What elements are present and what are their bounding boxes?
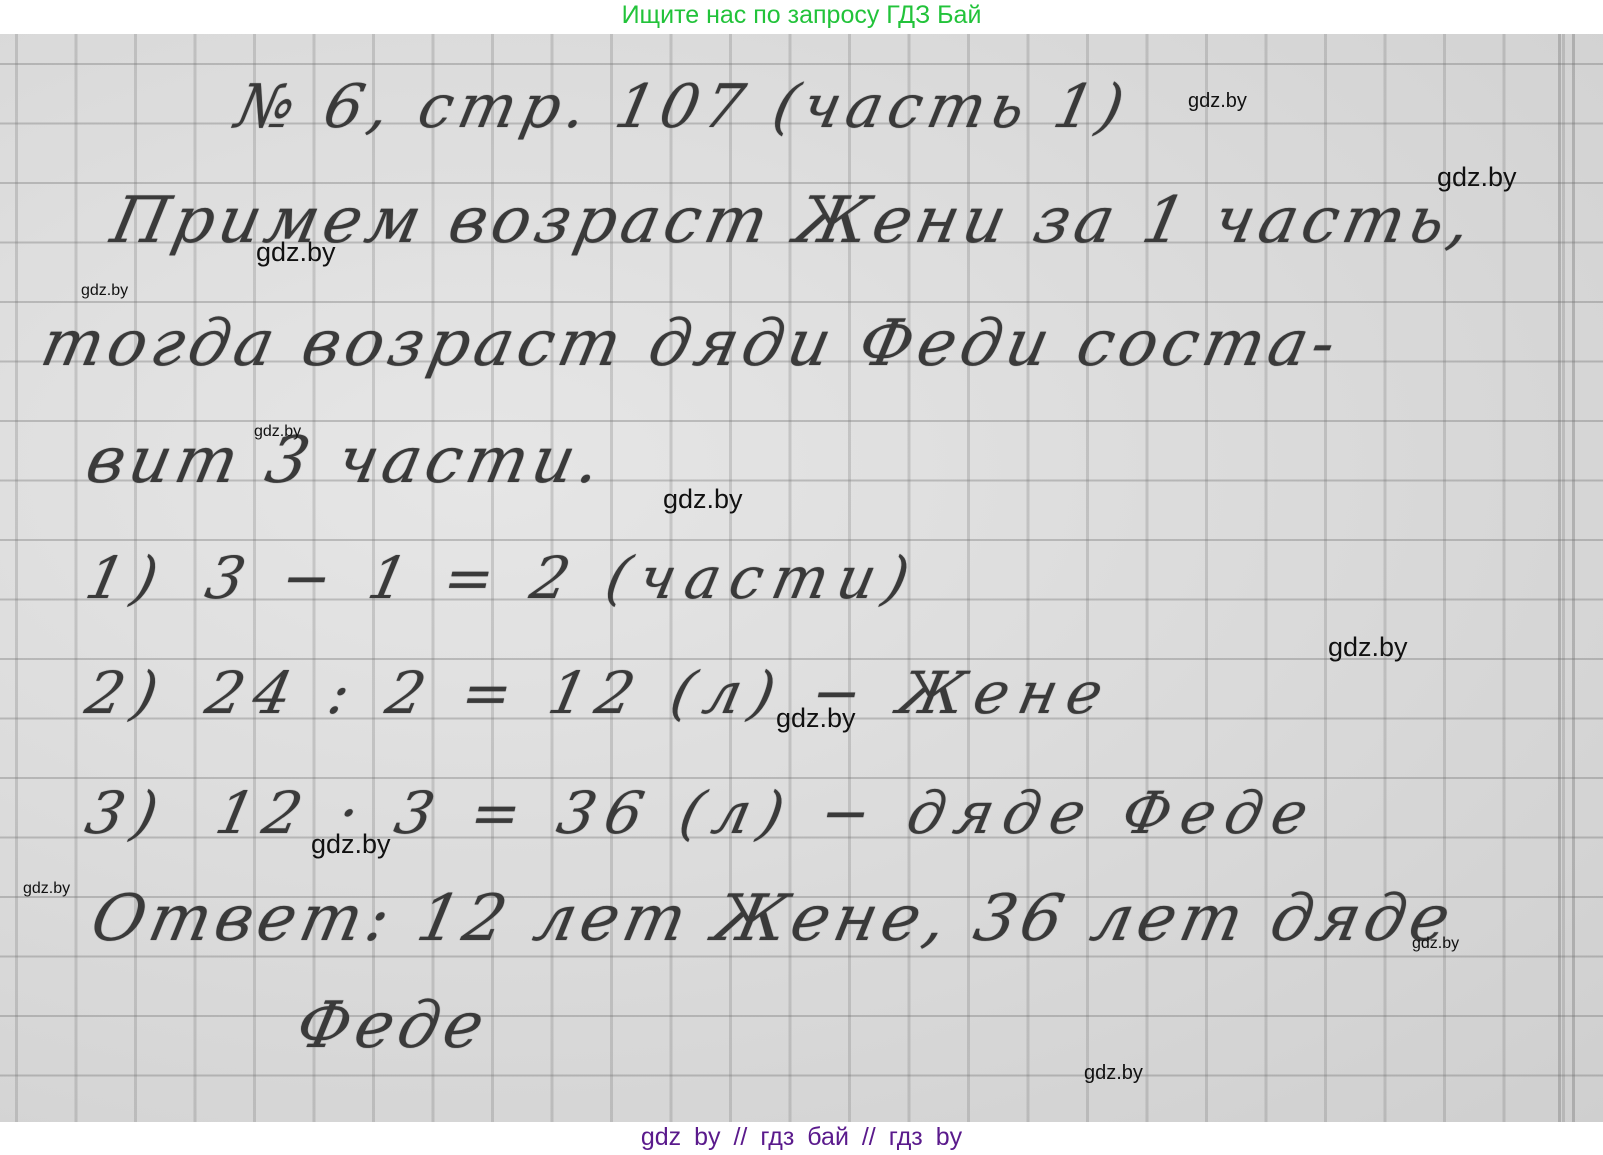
watermark: gdz.by xyxy=(81,282,128,300)
step-number: 1) xyxy=(80,544,174,612)
answer-line: Ответ: 12 лет Жене, 36 лет дяде xyxy=(85,882,1461,956)
step-expression: 3 − 1 = 2 (части) xyxy=(200,544,925,612)
solution-line: тогда возраст дяди Феди соста- xyxy=(35,307,1347,381)
watermark: gdz.by xyxy=(1188,90,1247,113)
step-expression: 24 : 2 = 12 (л) − Жене xyxy=(200,659,1119,727)
watermark: gdz.by xyxy=(1437,162,1517,193)
exercise-title: № 6, стр. 107 (часть 1) xyxy=(230,72,1136,142)
search-hint-banner: Ищите нас по запросу ГДЗ Бай xyxy=(0,0,1603,34)
watermark: gdz.by xyxy=(1084,1062,1143,1085)
watermark: gdz.by xyxy=(23,880,70,898)
watermark: gdz.by xyxy=(663,484,743,515)
site-footer-banner: gdz by // гдз бай // гдз by xyxy=(0,1122,1603,1155)
notebook-page-photo: № 6, стр. 107 (часть 1) Примем возраст Ж… xyxy=(0,34,1603,1122)
answer-line: Феде xyxy=(290,989,495,1063)
solution-line: вит 3 части. xyxy=(80,424,612,498)
watermark: gdz.by xyxy=(1412,935,1459,953)
watermark: gdz.by xyxy=(1328,632,1408,663)
watermark: gdz.by xyxy=(311,829,391,860)
notebook-margin-line xyxy=(1572,34,1575,1122)
watermark: gdz.by xyxy=(256,237,336,268)
step-number: 3) xyxy=(80,779,174,847)
watermark: gdz.by xyxy=(776,703,856,734)
watermark: gdz.by xyxy=(254,423,301,441)
step-number: 2) xyxy=(80,659,174,727)
notebook-margin-line xyxy=(1558,34,1561,1122)
